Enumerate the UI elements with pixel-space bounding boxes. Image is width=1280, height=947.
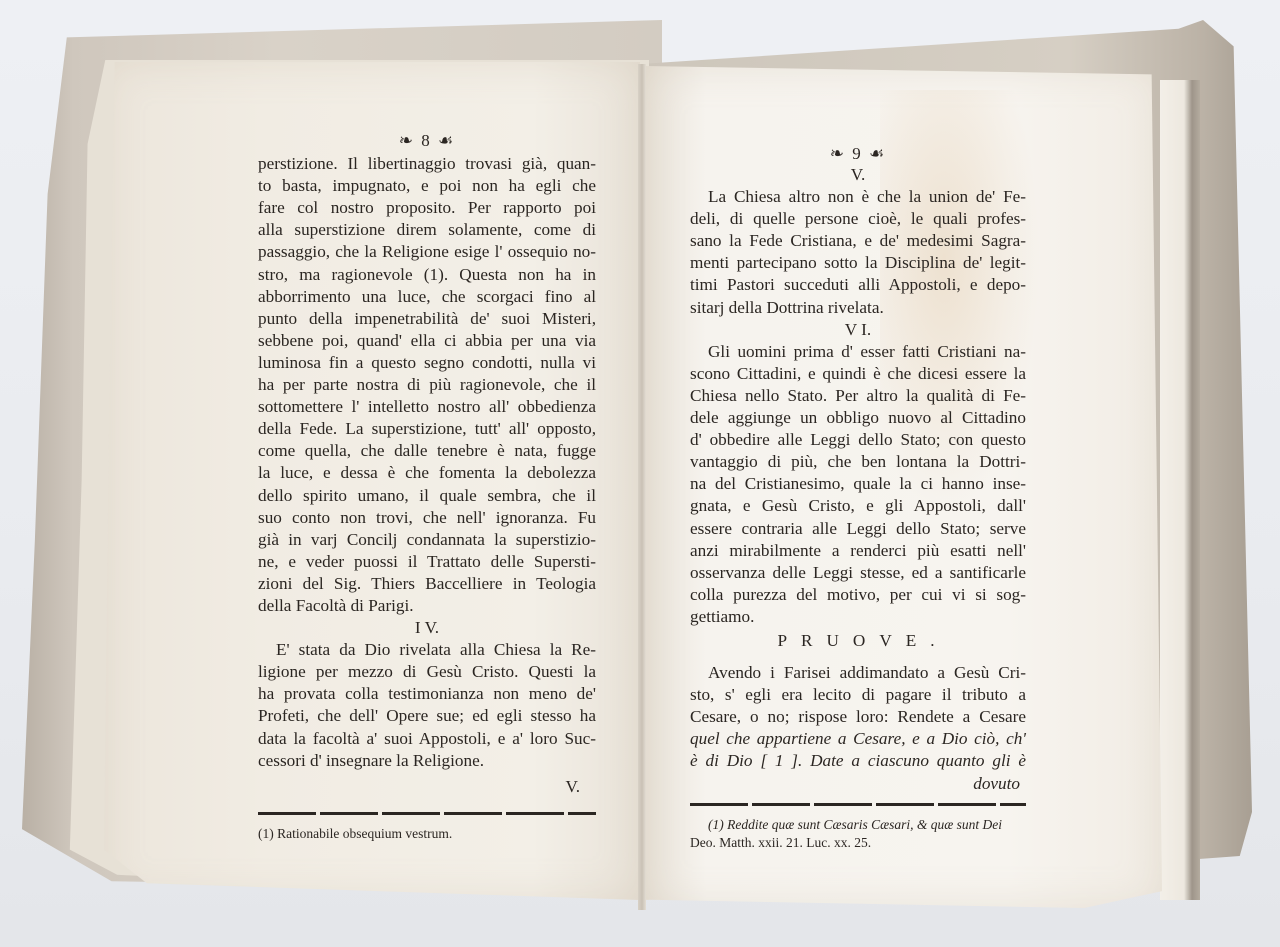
text-line: menti partecipano sotto la Disciplina de… — [690, 252, 1026, 274]
text-line: ha per parte nostra di più ragionevole, … — [258, 374, 596, 396]
text-line: ligione per mezzo di Gesù Cristo. Questi… — [258, 661, 596, 683]
text-line: essere contraria alle Leggi dello Stato;… — [690, 518, 1026, 540]
text-line: dello spirito umano, il quale sembra, ch… — [258, 485, 596, 507]
section-heading-iv: I V. — [258, 617, 596, 639]
text-line: ne, e veder puossi il Trattato delle Sup… — [258, 551, 596, 573]
text-line: dele aggiunge un obbligo nuovo al Cittad… — [690, 407, 1026, 429]
text-line: sano la Fede Cristiana, e de' medesimi S… — [690, 230, 1026, 252]
section-heading-vi: V I. — [690, 319, 1026, 341]
text-line: scono Cittadini, e quindi è che dicesi e… — [690, 363, 1026, 385]
catchword: V. — [258, 776, 596, 798]
text-line: vantaggio di più, che ben lontana la Dot… — [690, 451, 1026, 473]
right-page-edges — [1160, 80, 1200, 900]
text-line: quel che appartiene a Cesare, e a Dio ci… — [690, 728, 1026, 750]
text-line: cessori d' insegnare la Religione. — [258, 750, 596, 772]
text-line: perstizione. Il libertinaggio trovasi gi… — [258, 153, 596, 175]
text-line: gettiamo. — [690, 606, 1026, 628]
text-line: sottomettere l' intelletto nostro all' o… — [258, 396, 596, 418]
footnote-line: Deo. Matth. xxii. 21. Luc. xx. 25. — [690, 834, 1026, 852]
page-number-9: ❧ 9 ☙ — [690, 145, 1026, 163]
right-page-text: ❧ 9 ☙ V. La Chiesa altro non è che la un… — [690, 145, 1026, 852]
text-line: osservanza delle Leggi stesse, ed a sant… — [690, 562, 1026, 584]
text-line: la luce, e dessa è che fomenta la debole… — [258, 462, 596, 484]
text-line: è di Dio [ 1 ]. Date a ciascuno quanto g… — [690, 750, 1026, 772]
text-line: abborrimento una luce, che scorgaci fino… — [258, 286, 596, 308]
text-line: gnata, e Gesù Cristo, e gli Appostoli, d… — [690, 495, 1026, 517]
left-page-text: ❧ 8 ☙ perstizione. Il libertinaggio trov… — [258, 130, 596, 843]
page-number-8: ❧ 8 ☙ — [258, 130, 596, 152]
text-line: sebbene poi, quand' ella ci abbia per un… — [258, 330, 596, 352]
text-line: luminosa fin a questo segno condotti, nu… — [258, 352, 596, 374]
text-line: sitarj della Dottrina rivelata. — [690, 297, 1026, 319]
section-heading-pruove: PRUOVE. — [690, 630, 1026, 652]
text-line: punto della impenetrabilità de' suoi Mis… — [258, 308, 596, 330]
text-line: d' obbedire alle Leggi dello Stato; con … — [690, 429, 1026, 451]
text-line: Gli uomini prima d' esser fatti Cristian… — [690, 341, 1026, 363]
text-line: colla purezza del motivo, per cui vi si … — [690, 584, 1026, 606]
footnote-rule — [258, 812, 596, 815]
text-line: data la facoltà a' suoi Appostoli, e a' … — [258, 728, 596, 750]
text-line: E' stata da Dio rivelata alla Chiesa la … — [258, 639, 596, 661]
footnote-rule — [690, 803, 1026, 806]
text-line: sto, s' egli era lecito di pagare il tri… — [690, 684, 1026, 706]
text-line: Profeti, che dell' Opere sue; ed egli st… — [258, 705, 596, 727]
text-line: della Fede. La superstizione, tutt' all'… — [258, 418, 596, 440]
text-line: fare col nostro proposito. Per rapporto … — [258, 197, 596, 219]
text-line: Avendo i Farisei addimandato a Gesù Cri- — [690, 662, 1026, 684]
text-line: Cesare, o no; rispose loro: Rendete a Ce… — [690, 706, 1026, 728]
text-line: zioni del Sig. Thiers Baccelliere in Teo… — [258, 573, 596, 595]
text-line: passaggio, che la Religione esige l' oss… — [258, 241, 596, 263]
catchword: dovuto — [690, 773, 1026, 795]
footnote: (1) Rationabile obsequium vestrum. — [258, 825, 596, 843]
text-line: na del Cristianesimo, quale la ci hanno … — [690, 473, 1026, 495]
text-line: stro, ma ragionevole (1). Questa non ha … — [258, 264, 596, 286]
text-line: Chiesa nello Stato. Per altro la qualità… — [690, 385, 1026, 407]
book-gutter — [638, 64, 646, 910]
text-line: anzi mirabilmente a renderci più esatti … — [690, 540, 1026, 562]
text-line: timi Pastori succeduti alli Appostoli, e… — [690, 274, 1026, 296]
text-line: ha provata colla testimonianza non meno … — [258, 683, 596, 705]
footnote: (1) Reddite quæ sunt Cæsaris Cæsari, & q… — [690, 816, 1026, 852]
text-line: La Chiesa altro non è che la union de' F… — [690, 186, 1026, 208]
text-line: della Facoltà di Parigi. — [258, 595, 596, 617]
text-line: to basta, impugnato, e poi non ha egli c… — [258, 175, 596, 197]
footnote-line: (1) Reddite quæ sunt Cæsaris Cæsari, & q… — [690, 816, 1026, 834]
text-line: come quella, che dalle tenebre è nata, f… — [258, 440, 596, 462]
text-line: già in varj Concilj condannata la supers… — [258, 529, 596, 551]
section-heading-v: V. — [690, 164, 1026, 186]
text-line: deli, di quelle persone cioè, le quali p… — [690, 208, 1026, 230]
text-line: alla superstizione direm solamente, come… — [258, 219, 596, 241]
text-line: suo conto non trovi, che nell' ignoranza… — [258, 507, 596, 529]
